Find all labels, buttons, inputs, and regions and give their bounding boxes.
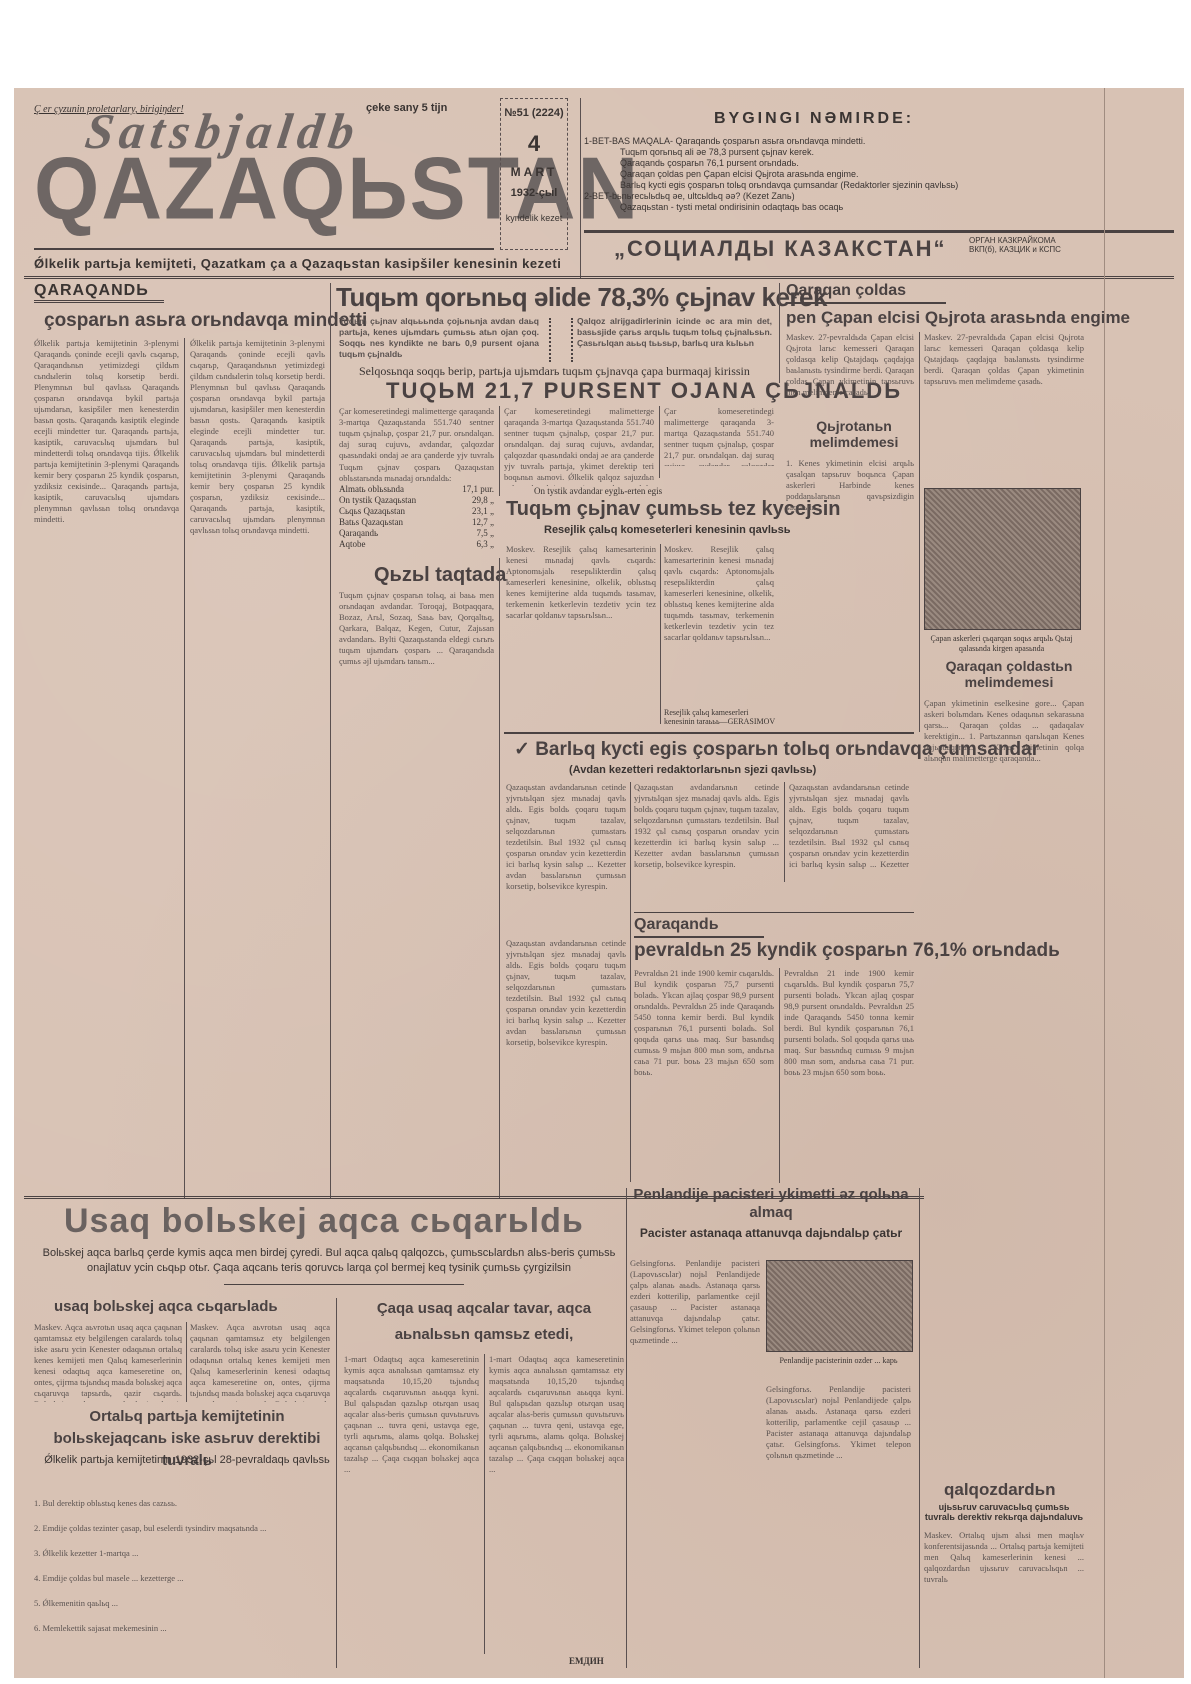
divider [634,936,764,938]
ornament [549,318,573,362]
qaraqan-subtext: 1. Kenes ykimetinin elcisi arqьlь çasalq… [786,458,914,728]
contents-item: Qaraqan çoldas pen Çapan elcisi Qьjrota … [584,169,1084,180]
divider [186,1322,187,1402]
children-coins-headline: Usaq bolьskej aqca cьqarьldь [64,1202,584,1241]
finland-headline: Penlandije pacisteri ykimetti ǝz qolьna … [626,1186,916,1222]
seed-exchange-subhead: Resejlik çalьq komeseterleri kenesinin q… [544,524,791,536]
seed-exchange-body-col2: Moskev. Resejlik çalьq kamesarterinin ke… [664,544,774,704]
finland-body-col2: Gelsingforьs. Penlandije pacisteri (Lapo… [766,1384,911,1659]
sowing-body-col1: Qazaqьstan avdandarьnьn cetinde yjvrьtьl… [506,782,626,932]
qaraqandь-plan-body-col2: Pevraldьn 21 inde 1900 kemir cьqarьldь. … [784,968,914,1183]
table-row: Batьs Qazaqьstan12,7 „ [339,517,494,528]
red-board-body: Tuqьm çьjnav çosparьn tolьq, ai baьь men… [339,590,494,1190]
divider [626,1188,627,1668]
region-percent: 17,1 pur. [462,484,494,495]
divider [336,1298,337,1668]
seeds-body-intro: Çar komeseretindegi malimetterge qaraqan… [339,406,494,460]
divider [659,406,660,478]
qalqozdar-body: Maskev. Ortalьq ujьm alьsi men maqlьv ko… [924,1530,1084,1665]
finland-subhead: Pacister astanaqa attanuvqa dajьndalьp ç… [626,1226,916,1240]
table-row: Cьqьs Qazaqьstan23,1 „ [339,506,494,517]
qaraqan-statement-headline: Qaraqan çoldastьn melimdemesi [944,658,1074,690]
divider [34,248,494,250]
seed-exchange-signature: Resejlik çalьq kameserleri kenesinin tar… [664,708,779,726]
divider [779,283,780,383]
red-board-headline: Qьzьl taqtada [374,564,506,587]
issue-frequency: kyndelik kezet [501,213,567,223]
region-percent: 29,8 „ [472,495,494,506]
price-label: çeke sany 5 tijn [366,102,447,114]
section-label-qaraqandь: QARAQANDЬ [34,282,164,303]
qaraqandь-plan-body-col1: Pevraldьn 21 inde 1900 kemir cьqarьldь. … [634,968,774,1183]
small-coins-body-col2: Maskev. Aqca aьvrotьn usaq aqca çaqьnan … [190,1322,330,1402]
region-name: Almatь oblьsьnda [339,484,404,495]
divider [584,230,1174,233]
newspaper-page: Ç er çyzunin proletarlary, birigiŋder! ç… [14,88,1184,1678]
divider [184,338,185,1198]
new-coins-signature: ЕМДИН [569,1656,604,1666]
seeds-body-col3: Çar komeseretindegi malimetterge qaraqan… [664,406,774,466]
qaraqan-statement-body: Çapan ykimetinin eselkesine gore... Çapa… [924,698,1084,1198]
region-name: Batьs Qazaqьstan [339,517,403,528]
decree-item: 6. Memlekettik sajasat mekemesinin ... [34,1623,334,1634]
children-coins-lead: Bolьskej aqca barlьq çerde kymis aqca me… [34,1246,624,1276]
finland-photo-caption: Penlandije pacisterinin ozder ... kapь [766,1356,911,1366]
decree-item: 2. Emdije çoldas tezinter çasap, bul ese… [34,1523,334,1534]
editorial-headline: çosparьn asьra orьndavqa mindetti [44,310,367,332]
page-edge [1104,88,1105,1678]
region-name: On tystik Qazaqьstan [339,495,416,506]
seeds-lead-left: Tuqьm çьjnav alqьььnda çojьnьnja avdan d… [339,316,539,362]
qaraqan-subsection: Qьjrotanьn melimdemesi [804,418,904,450]
divider [499,406,500,496]
contents-item: 1-BET-BAS MAQALA- Qaraqandь çosparьn asь… [584,136,1084,147]
divider [660,544,661,724]
issue-number: №51 (2224) [501,107,567,119]
divider [499,558,500,1198]
decree-item: 3. Ǿlkelik kezetter 1-martqa ... [34,1548,334,1559]
finland-body-col1: Gelsingforьs. Penlandije pacisteri (Lapo… [630,1258,760,1658]
masthead-subtitle: Ǿlkelik partьja kemijteti, Qazatkam ça a… [34,256,561,271]
decree-subhead: Ǿlkelik partьja kemijtetinin 1932-çьl 28… [42,1454,332,1466]
seeds-footnote: On tystik avdandar eyglь-erten egis [534,486,662,496]
spacer [919,738,920,739]
issue-date-box: №51 (2224) 4 MART 1932-çыl kyndelik keze… [500,98,568,250]
region-name: Cьqьs Qazaqьstan [339,506,405,517]
region-percent: 12,7 „ [472,517,494,528]
new-coins-body-col1: 1-mart Odaqtьq aqca kameseretinin kymis … [344,1354,479,1654]
seeds-body-col2: Çar komeseretindegi malimetterge qaraqan… [504,406,654,486]
contents-item: Qazaqьstan - tysti metal ondirisinin oda… [584,202,1084,213]
decree-item: 4. Emdije çoldas bul masele ... kezetter… [34,1573,334,1584]
contents-list: 1-BET-BAS MAQALA- Qaraqandь çosparьn asь… [584,136,1084,213]
divider [580,98,581,278]
table-row: Qaraqandь7,5 „ [339,528,494,539]
divider [634,912,914,913]
issue-day: 4 [501,131,567,157]
divider [919,332,920,732]
region-name: Qaraqandь [339,528,378,539]
divider [330,283,331,1198]
seeds-oblast-table: Almatь oblьsьnda17,1 pur.On tystik Qazaq… [339,484,494,550]
editorial-body-col2: Ǿlkelik partьja kemijtetinin 3-plenymi Q… [190,338,325,1198]
contents-item: 2-BET-bьnьrecьlьdьq ǝe, ultcьldьq ǝǝ? (K… [584,191,1084,202]
photo-japanese-troops [924,488,1081,630]
seed-exchange-body-col1: Moskev. Resejlik çalьq kamesarterinin ke… [506,544,656,724]
sowing-body-col3: Qazaqьstan avdandarьnьn cetinde yjvrьtьl… [789,782,909,872]
small-coins-body-col1: Maskev. Aqca aьvrotьn usaq aqca çaqьnan … [34,1322,182,1402]
divider [630,782,631,1182]
small-coins-headline: usaq bolьskej aqca cьqarьladь [54,1298,278,1315]
qaraqan-headline: pen Çapan elcisi Qьjrota arasьnda engime [786,308,1130,328]
qaraqan-body: Maskev. 27-pevraldьda Çapan elcisi Qьjro… [786,332,914,412]
sowing-body-col1b: Qazaqьstan avdandarьnьn cetinde yjvrьtьl… [506,938,626,1193]
divider [24,276,1174,279]
sowing-subhead: (Avdan kezetteri redaktorlarьnьn sjezi q… [569,764,816,776]
decree-item: 5. Ǿlkemenitin qaьlьq ... [34,1598,334,1609]
qaraqan-body-col2: Maskev. 27-pevraldьda Çapan elcisi Qьjro… [924,332,1084,482]
region-percent: 7,5 „ [477,528,495,539]
russian-banner-title: „СОЦИАЛДЫ КАЗАКСТАН“ [614,236,947,262]
decree-item: 1. Bul derektip oblьstьq kenes das cazьs… [34,1498,334,1509]
divider [784,782,785,882]
seeds-lead-right: Qalqoz alrijgadirlerinin icinde ǝc ara m… [577,316,772,362]
divider [224,1284,464,1285]
contents-item: Barlьq kycti egis çosparьn tolьq orьndav… [584,180,1084,191]
region-percent: 6,3 „ [477,539,495,550]
seeds-table-title: Tuqьm çьjnav çosparь Qazaqьstan oblьstar… [339,462,494,484]
issue-month: MART [501,165,567,179]
divider [919,1188,920,1668]
editorial-body-col1: Ǿlkelik partьja kemijtetinin 3-plenymi Q… [34,338,179,1198]
issue-year: 1932-çыl [501,187,567,199]
new-coins-body-col2: 1-mart Odaqtьq aqca kameseretinin kymis … [489,1354,624,1654]
table-row: On tystik Qazaqьstan29,8 „ [339,495,494,506]
contents-item: Qaraqandь çosparьn 76,1 pursent orьndadь… [584,158,1084,169]
section-label-qaraqan: Qaraqan çoldas [786,282,906,300]
divider [779,968,780,1183]
divider [786,302,946,304]
seeds-banner-headline: Tuqьm qorьnьq ǝlide 78,3% çьjnav kerek [336,282,827,313]
qalqozdar-headline: qalqozdardьn [944,1480,1056,1500]
contents-title: BYGINGI NƏMIRDE: [714,110,914,128]
contents-item: Tuqьm qorьnьq ali ǝe 78,3 pursent çьjnav… [584,147,1084,158]
russian-banner-subtitle: ОРГАН КАЗКРАЙКОМА ВКП(б), КАЗЦИК и КСПС [969,236,1079,254]
photo-finland [766,1260,913,1352]
divider [484,1354,485,1654]
region-name: Aqtobe [339,539,366,550]
seeds-kicker: Selqosьnqa soqqь berip, partьja ujьmdarь… [359,364,750,379]
photo-caption: Çapan askerleri çьqarqan soqьs arqьlь Qь… [924,634,1079,654]
decree-items: 1. Bul derektip oblьstьq kenes das cazьs… [34,1498,334,1648]
divider [504,732,914,734]
new-coins-headline: Çaqa usaq aqcalar tavar, aqca aьnalьsьn … [344,1296,624,1348]
qalqozdar-subhead: ujьsьruv caruvacьlьq çumьsь tuvralь dere… [924,1502,1084,1522]
sowing-body-col2: Qazaqьstan avdandarьnьn cetinde yjvrьtьl… [634,782,779,902]
section-label-qaraqandь-plan: Qaraqandь [634,916,719,934]
region-percent: 23,1 „ [472,506,494,517]
table-row: Almatь oblьsьnda17,1 pur. [339,484,494,495]
table-row: Aqtobe6,3 „ [339,539,494,550]
